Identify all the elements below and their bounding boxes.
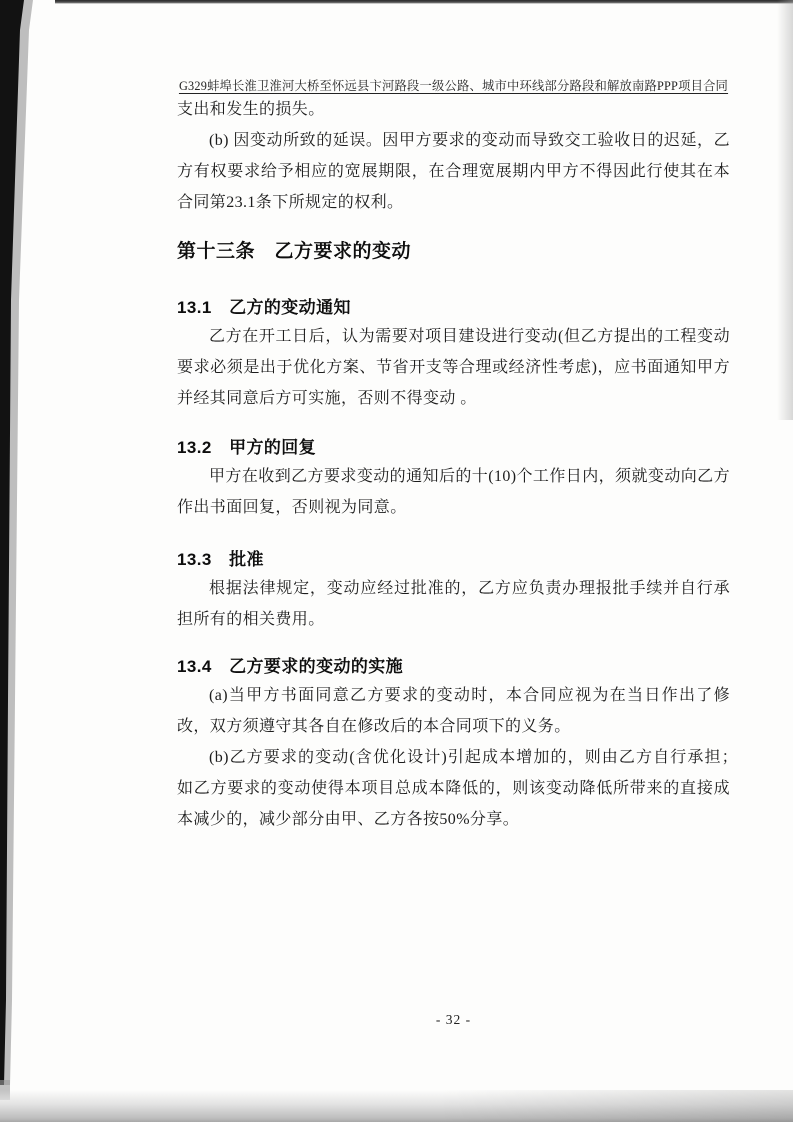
paragraph-carryover: 支出和发生的损失。 bbox=[177, 94, 730, 125]
article-heading: 第十三条 乙方要求的变动 bbox=[177, 238, 730, 266]
scan-left-edge-shape bbox=[0, 0, 40, 1122]
section-13-3-paragraph: 根据法律规定，变动应经过批准的，乙方应负责办理报批手续并自行承担所有的相关费用。 bbox=[177, 573, 730, 635]
section-heading-13-2: 13.2 甲方的回复 bbox=[177, 435, 730, 461]
scan-left-edge bbox=[0, 0, 40, 1122]
section-13-1-paragraph: 乙方在开工日后，认为需要对项目建设进行变动(但乙方提出的工程变动要求必须是出于优… bbox=[177, 321, 730, 414]
page-number: - 32 - bbox=[177, 1012, 730, 1028]
section-heading-13-4: 13.4 乙方要求的变动的实施 bbox=[177, 654, 730, 680]
document-header: G329蚌埠长淮卫淮河大桥至怀远县卞河路段一级公路、城市中环线部分路段和解放南路… bbox=[177, 76, 730, 94]
scan-bottom-edge bbox=[0, 1090, 793, 1122]
section-13-4-paragraph-a: (a)当甲方书面同意乙方要求的变动时，本合同应视为在当日作出了修改，双方须遵守其… bbox=[177, 680, 730, 742]
scan-right-edge bbox=[777, 0, 793, 420]
section-heading-13-1: 13.1 乙方的变动通知 bbox=[177, 295, 730, 321]
paragraph-b-delay: (b) 因变动所致的延误。因甲方要求的变动而导致交工验收日的迟延，乙方有权要求给… bbox=[177, 125, 730, 218]
section-13-4-paragraph-b: (b)乙方要求的变动(含优化设计)引起成本增加的，则由乙方自行承担； 如乙方要求… bbox=[177, 742, 730, 835]
document-content: G329蚌埠长淮卫淮河大桥至怀远县卞河路段一级公路、城市中环线部分路段和解放南路… bbox=[177, 0, 730, 835]
section-13-2-paragraph: 甲方在收到乙方要求变动的通知后的十(10)个工作日内，须就变动向乙方作出书面回复… bbox=[177, 461, 730, 523]
section-heading-13-3: 13.3 批准 bbox=[177, 547, 730, 573]
scanned-contract-page: { "page": { "header": "G329蚌埠长淮卫淮河大桥至怀远县… bbox=[0, 0, 793, 1122]
